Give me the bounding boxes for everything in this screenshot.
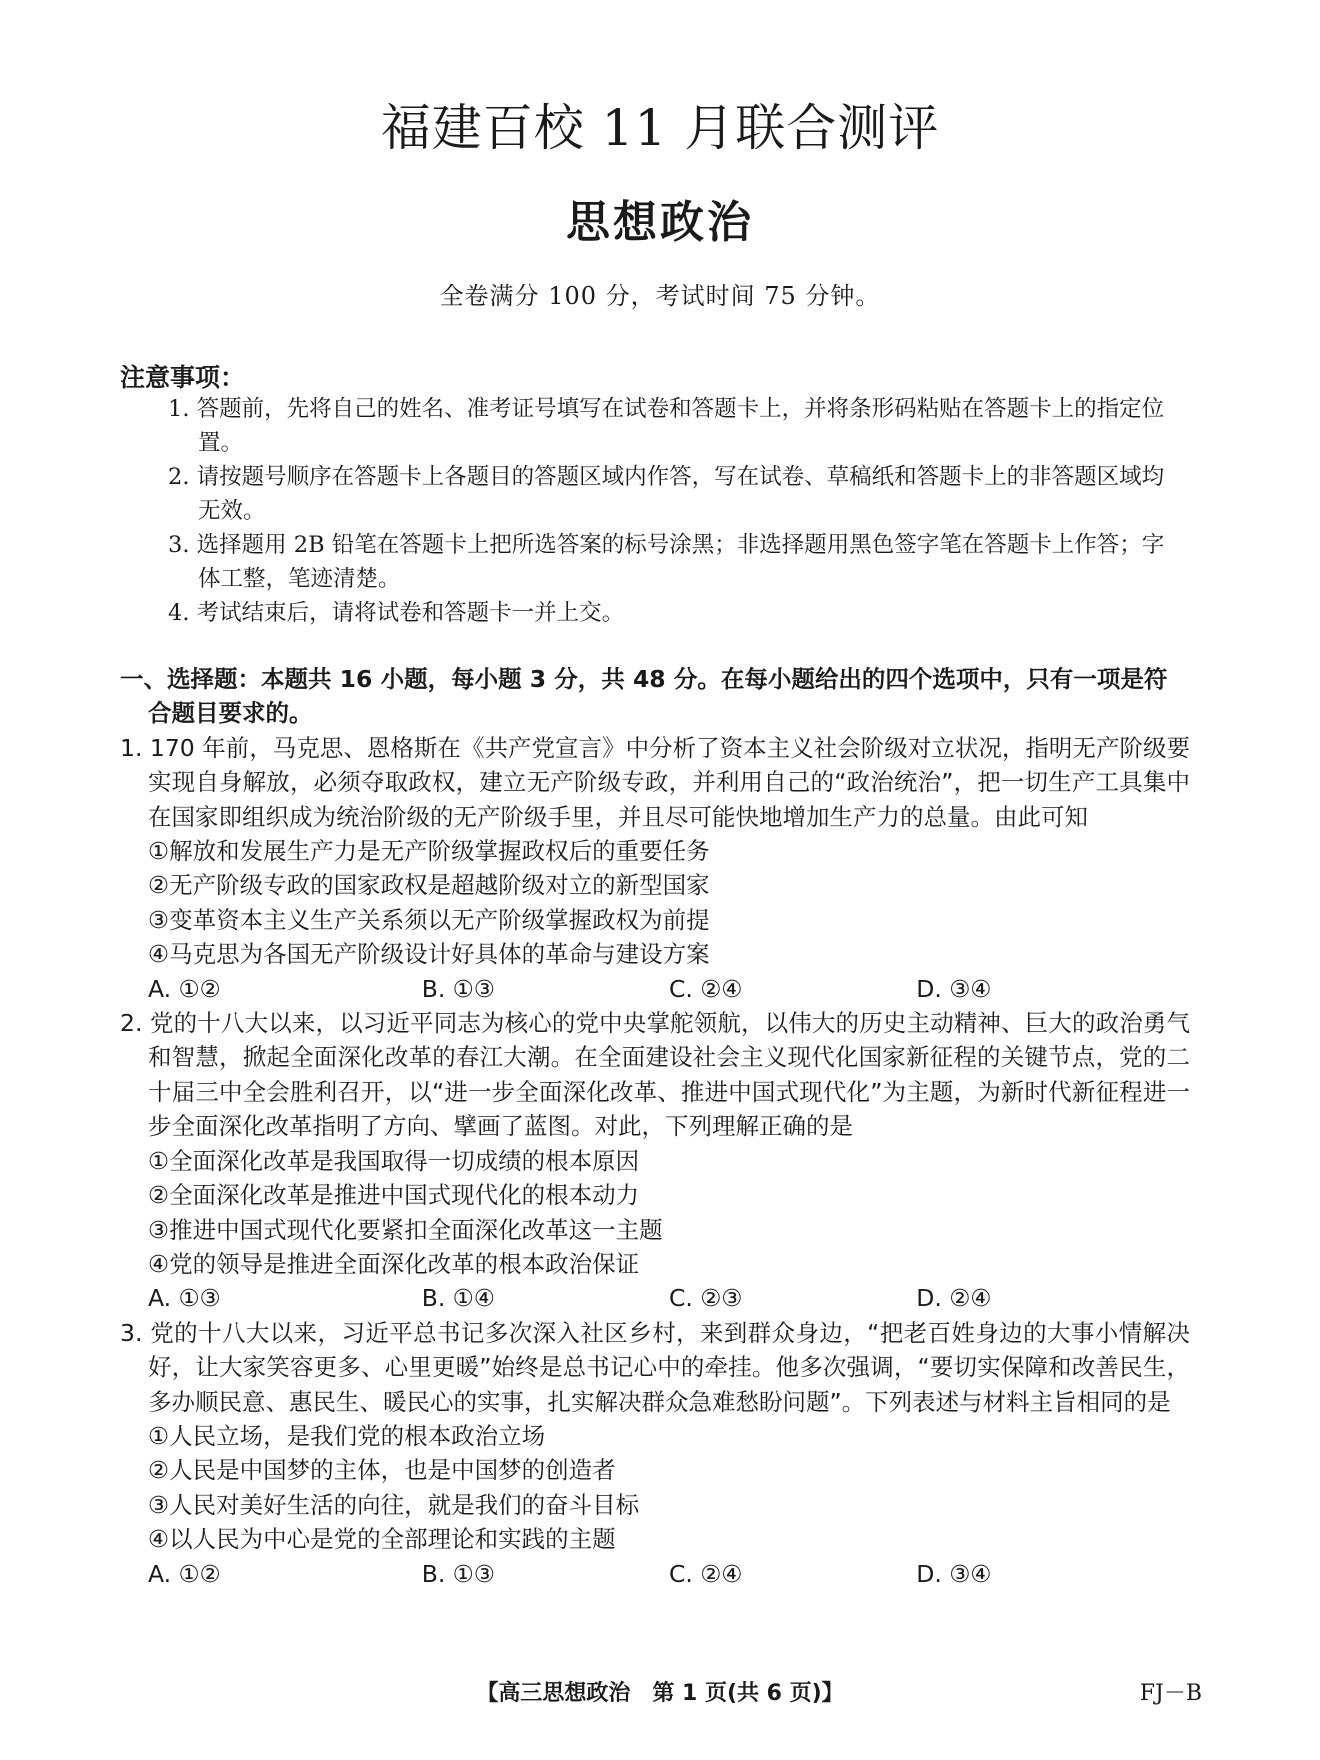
statement: ③人民对美好生活的向往，就是我们的奋斗目标 <box>120 1488 1190 1522</box>
exam-body: 一、选择题：本题共 16 小题，每小题 3 分，共 48 分。在每小题给出的四个… <box>120 662 1190 1591</box>
statement: ④马克思为各国无产阶级设计好具体的革命与建设方案 <box>120 937 1190 971</box>
paper-code: FJ－B <box>1140 1676 1202 1707</box>
statement: ④党的领导是推进全面深化改革的根本政治保证 <box>120 1247 1190 1281</box>
statement: ①解放和发展生产力是无产阶级掌握政权后的重要任务 <box>120 834 1190 868</box>
choice-a: A. ①② <box>148 1557 422 1591</box>
question-stem: 2. 党的十八大以来，以习近平同志为核心的党中央掌舵领航，以伟大的历史主动精神、… <box>120 1006 1190 1144</box>
choice-b: B. ①④ <box>422 1281 669 1315</box>
statement: ②人民是中国梦的主体，也是中国梦的创造者 <box>120 1453 1190 1487</box>
choice-b: B. ①③ <box>422 972 669 1006</box>
subject-title: 思想政治 <box>0 186 1320 250</box>
statement: ①全面深化改革是我国取得一切成绩的根本原因 <box>120 1144 1190 1178</box>
notice-item: 4. 考试结束后，请将试卷和答题卡一并上交。 <box>168 596 1178 630</box>
choice-d: D. ③④ <box>916 1557 1190 1591</box>
choice-a: A. ①③ <box>148 1281 422 1315</box>
question-stem: 3. 党的十八大以来，习近平总书记多次深入社区乡村，来到群众身边，“把老百姓身边… <box>120 1316 1190 1419</box>
notice-item: 3. 选择题用 2B 铅笔在答题卡上把所选答案的标号涂黑；非选择题用黑色签字笔在… <box>168 528 1178 596</box>
choice-c: C. ②③ <box>669 1281 916 1315</box>
answer-choices: A. ①② B. ①③ C. ②④ D. ③④ <box>120 1557 1190 1591</box>
statement: ③推进中国式现代化要紧扣全面深化改革这一主题 <box>120 1213 1190 1247</box>
exam-meta: 全卷满分 100 分，考试时间 75 分钟。 <box>0 276 1320 311</box>
question-2: 2. 党的十八大以来，以习近平同志为核心的党中央掌舵领航，以伟大的历史主动精神、… <box>120 1006 1190 1316</box>
question-1: 1. 170 年前，马克思、恩格斯在《共产党宣言》中分析了资本主义社会阶级对立状… <box>120 731 1190 1006</box>
question-stem: 1. 170 年前，马克思、恩格斯在《共产党宣言》中分析了资本主义社会阶级对立状… <box>120 731 1190 834</box>
choice-d: D. ③④ <box>916 972 1190 1006</box>
statement: ②全面深化改革是推进中国式现代化的根本动力 <box>120 1178 1190 1212</box>
answer-choices: A. ①② B. ①③ C. ②④ D. ③④ <box>120 972 1190 1006</box>
section-heading: 一、选择题：本题共 16 小题，每小题 3 分，共 48 分。在每小题给出的四个… <box>120 662 1190 731</box>
choice-b: B. ①③ <box>422 1557 669 1591</box>
page-footer: 【高三思想政治 第 1 页(共 6 页)】 <box>0 1676 1320 1707</box>
exam-page: 福建百校 11 月联合测评 思想政治 全卷满分 100 分，考试时间 75 分钟… <box>0 0 1320 1760</box>
statement: ②无产阶级专政的国家政权是超越阶级对立的新型国家 <box>120 868 1190 902</box>
notice-heading: 注意事项： <box>120 358 245 394</box>
choice-c: C. ②④ <box>669 1557 916 1591</box>
notice-item: 1. 答题前，先将自己的姓名、准考证号填写在试卷和答题卡上，并将条形码粘贴在答题… <box>168 392 1178 460</box>
question-3: 3. 党的十八大以来，习近平总书记多次深入社区乡村，来到群众身边，“把老百姓身边… <box>120 1316 1190 1591</box>
statement: ③变革资本主义生产关系须以无产阶级掌握政权为前提 <box>120 903 1190 937</box>
choice-a: A. ①② <box>148 972 422 1006</box>
statement: ④以人民为中心是党的全部理论和实践的主题 <box>120 1522 1190 1556</box>
choice-c: C. ②④ <box>669 972 916 1006</box>
answer-choices: A. ①③ B. ①④ C. ②③ D. ②④ <box>120 1281 1190 1315</box>
notice-list: 1. 答题前，先将自己的姓名、准考证号填写在试卷和答题卡上，并将条形码粘贴在答题… <box>168 392 1178 630</box>
exam-title: 福建百校 11 月联合测评 <box>0 88 1320 160</box>
statement: ①人民立场，是我们党的根本政治立场 <box>120 1419 1190 1453</box>
choice-d: D. ②④ <box>916 1281 1190 1315</box>
notice-item: 2. 请按题号顺序在答题卡上各题目的答题区域内作答，写在试卷、草稿纸和答题卡上的… <box>168 460 1178 528</box>
